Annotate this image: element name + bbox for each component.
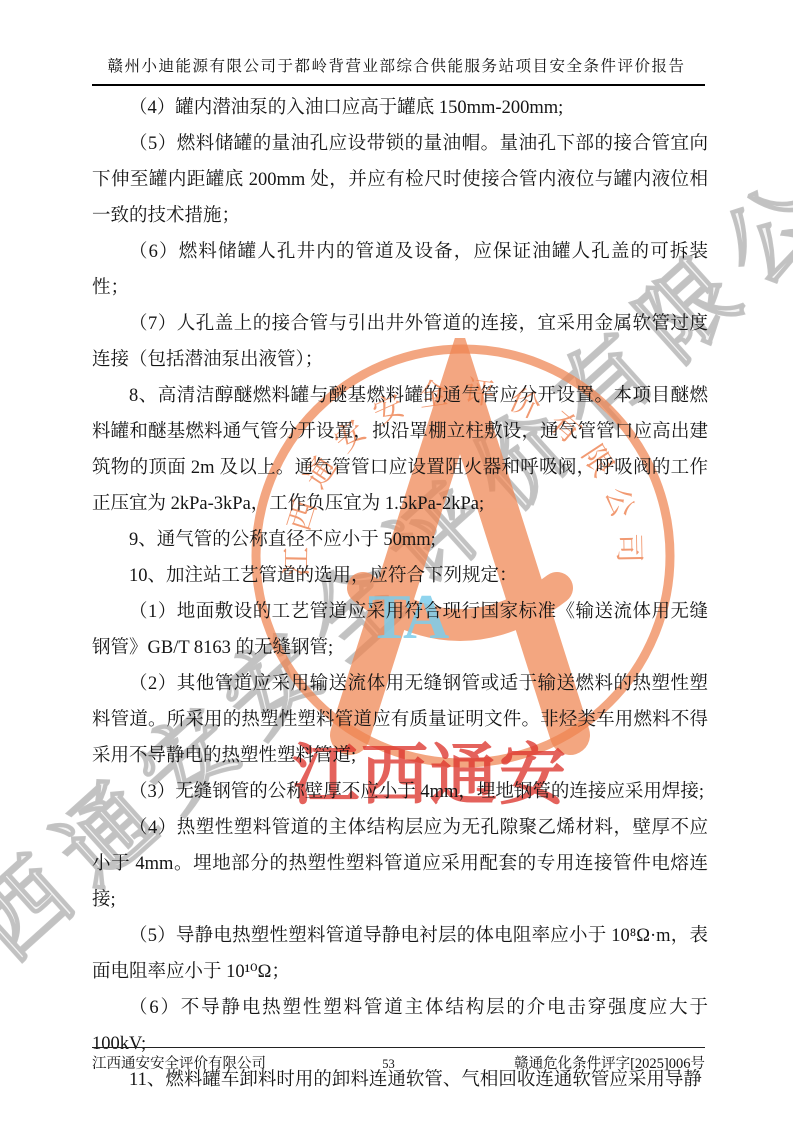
page-footer: 江西通安安全评价有限公司 53 赣通危化条件评字[2025]006号 <box>92 1052 705 1073</box>
paragraph: （4）罐内潜油泵的入油口应高于罐底 150mm-200mm; <box>92 90 708 126</box>
paragraph: （3）无缝钢管的公称壁厚不应小于 4mm，埋地钢管的连接应采用焊接; <box>92 774 708 810</box>
paragraph: （7）人孔盖上的接合管与引出井外管道的连接，宜采用金属软管过度连接（包括潜油泵出… <box>92 306 708 378</box>
paragraph: （1）地面敷设的工艺管道应采用符合现行国家标准《输送流体用无缝钢管》GB/T 8… <box>92 594 708 666</box>
footer-page-number: 53 <box>382 1057 395 1072</box>
paragraph: （5）燃料储罐的量油孔应设带锁的量油帽。量油孔下部的接合管宜向下伸至罐内距罐底 … <box>92 126 708 234</box>
document-body: （4）罐内潜油泵的入油口应高于罐底 150mm-200mm; （5）燃料储罐的量… <box>92 90 708 1098</box>
paragraph: 9、通气管的公称直径不应小于 50mm; <box>92 522 708 558</box>
paragraph: 8、高清洁醇醚燃料罐与醚基燃料罐的通气管应分开设置。本项目醚燃料罐和醚基燃料通气… <box>92 378 708 522</box>
paragraph: 10、加注站工艺管道的选用，应符合下列规定： <box>92 558 708 594</box>
footer-divider <box>92 1047 705 1048</box>
paragraph: （2）其他管道应采用输送流体用无缝钢管或适于输送燃料的热塑性塑料管道。所采用的热… <box>92 666 708 774</box>
paragraph: （6）燃料储罐人孔井内的管道及设备，应保证油罐人孔盖的可拆装性； <box>92 234 708 306</box>
paragraph: （5）导静电热塑性塑料管道导静电衬层的体电阻率应小于 10⁸Ω·m，表面电阻率应… <box>92 918 708 990</box>
footer-company-name: 江西通安安全评价有限公司 <box>92 1052 392 1073</box>
document-page: 江西通安安全评价有限公司 江西通安安全评价有限公司 TA 江西通安 赣州小迪能源… <box>0 0 793 1122</box>
footer-document-number: 赣通危化条件评字[2025]006号 <box>405 1052 705 1073</box>
header-divider <box>92 84 705 86</box>
paragraph: （4）热塑性塑料管道的主体结构层应为无孔隙聚乙烯材料，壁厚不应小于 4mm。埋地… <box>92 810 708 918</box>
page-header-title: 赣州小迪能源有限公司于都岭背营业部综合供能服务站项目安全条件评价报告 <box>0 54 793 76</box>
